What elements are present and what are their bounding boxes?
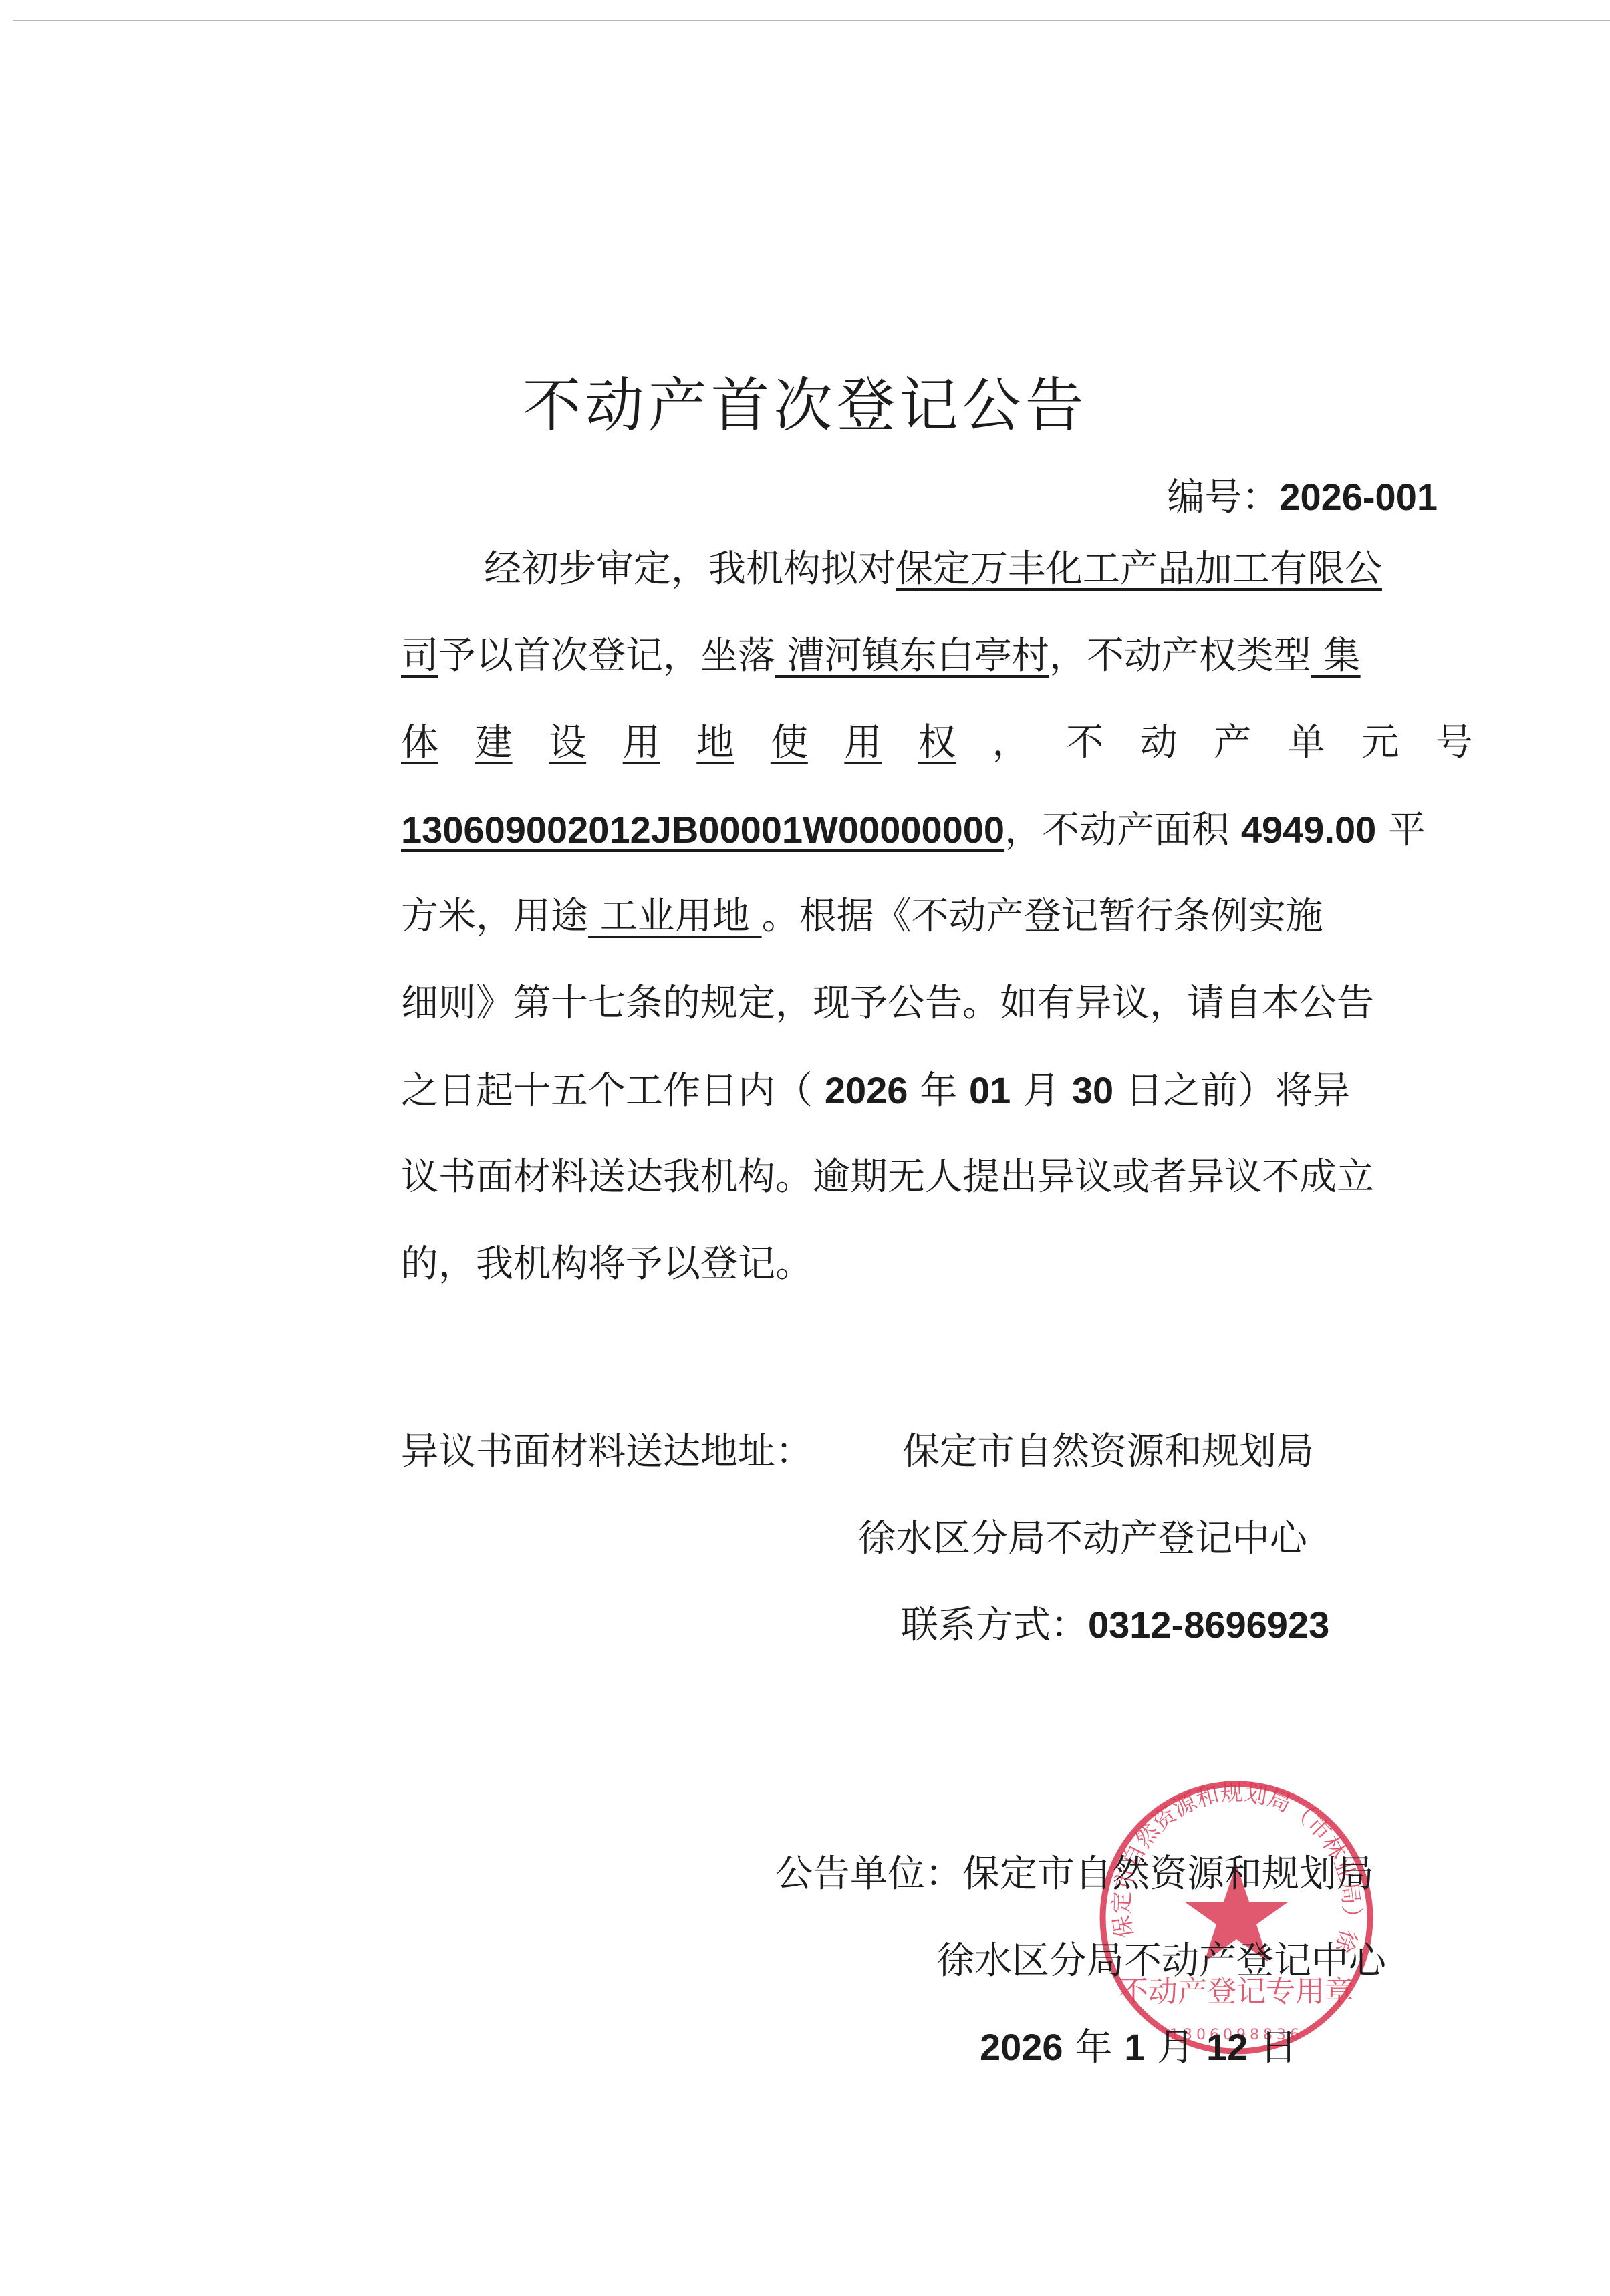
deadline-year: 2026	[825, 1069, 908, 1111]
applicant-name: 保定万丰化工产品加工有限公	[896, 547, 1382, 591]
issue-date-day: 12	[1206, 2026, 1248, 2068]
body-text: 月	[1011, 1069, 1072, 1113]
right-type-char: 权	[918, 716, 956, 770]
body-text: 议书面材料送达我机构。逾期无人提出异议或者异议不成立	[401, 1155, 1374, 1199]
body-text: 月	[1145, 2026, 1206, 2069]
document-number: 编号：2026-001	[1167, 468, 1438, 521]
body-line-7: 之日起十五个工作日内（ 2026 年 01 月 30 日之前）将异	[401, 1064, 1350, 1117]
body-text: 予以首次登记，坐落	[438, 634, 775, 678]
deadline-day: 30	[1072, 1069, 1113, 1111]
deadline-month: 01	[969, 1069, 1011, 1111]
body-line-3: 体 建 设 用 地 使 用 权 ， 不 动 产 单 元 号	[401, 716, 1473, 770]
right-type-char: 用	[844, 716, 882, 770]
body-text: ，不动产权类型	[1049, 634, 1311, 678]
body-text: ，不动产面积	[1004, 809, 1241, 852]
body-text: 单	[1288, 716, 1325, 770]
body-text: 年	[1063, 2026, 1125, 2069]
body-text: 日之前）将异	[1113, 1069, 1350, 1113]
objection-address-label: 异议书面材料送达地址：	[401, 1422, 813, 1475]
right-type: 集	[1311, 634, 1361, 678]
issue-date: 2026 年 1 月 12 日	[980, 2018, 1297, 2071]
issuing-unit: 公告单位：保定市自然资源和规划局	[775, 1844, 1374, 1898]
body-text: 方米，用途	[401, 895, 588, 938]
body-text: 年	[908, 1069, 969, 1113]
body-line-9: 的，我机构将予以登记。	[401, 1238, 813, 1291]
right-type-char: 体	[401, 716, 438, 770]
property-area: 4949.00	[1241, 809, 1376, 851]
body-text: 平	[1376, 809, 1426, 852]
body-text: 日	[1248, 2026, 1297, 2069]
property-usage: 工业用地	[588, 895, 762, 938]
issuing-unit-label: 公告单位：	[775, 1852, 962, 1896]
body-text: 。根据《不动产登记暂行条例实施	[762, 895, 1323, 938]
issue-date-month: 1	[1124, 2026, 1145, 2068]
contact-label: 联系方式：	[901, 1604, 1088, 1647]
body-text: 细则》第十七条的规定，现予公告。如有异议，请自本公告	[401, 982, 1374, 1025]
applicant-name-cont: 司	[401, 634, 438, 678]
body-line-8: 议书面材料送达我机构。逾期无人提出异议或者异议不成立	[401, 1151, 1374, 1204]
document-number-value: 2026-001	[1279, 476, 1438, 518]
body-text: 之日起十五个工作日内（	[401, 1069, 825, 1113]
body-text: 号	[1436, 716, 1473, 770]
body-text: 动	[1140, 716, 1178, 770]
property-unit-number: 130609002012JB00001W00000000	[401, 809, 1004, 851]
document-number-label: 编号：	[1167, 476, 1279, 519]
right-type-char: 建	[475, 716, 513, 770]
body-text: ，	[992, 716, 1030, 770]
body-text: 不	[1066, 716, 1103, 770]
seal-icon: 保定市自然资源和规划局（市林业局）徐水区分局 不动产登记专用章 13060988…	[1096, 1777, 1377, 2058]
contact-phone: 0312-8696923	[1088, 1604, 1329, 1646]
objection-address-line-2: 徐水区分局不动产登记中心	[858, 1509, 1307, 1562]
body-text: 元	[1361, 716, 1399, 770]
body-text: 经初步审定，我机构拟对	[484, 547, 896, 591]
body-line-5: 方米，用途 工业用地 。根据《不动产登记暂行条例实施	[401, 890, 1323, 944]
issue-date-year: 2026	[980, 2026, 1063, 2068]
right-type-char: 设	[549, 716, 586, 770]
scan-edge-line	[13, 20, 1610, 21]
document-title: 不动产首次登记公告	[0, 359, 1610, 443]
property-location: 漕河镇东白亭村	[775, 634, 1049, 678]
body-line-2: 司予以首次登记，坐落 漕河镇东白亭村，不动产权类型 集	[401, 629, 1361, 683]
body-text: 产	[1214, 716, 1251, 770]
right-type-char: 使	[771, 716, 808, 770]
body-line-4: 130609002012JB00001W00000000，不动产面积 4949.…	[401, 803, 1426, 857]
body-line-6: 细则》第十七条的规定，现予公告。如有异议，请自本公告	[401, 977, 1374, 1030]
body-line-1: 经初步审定，我机构拟对保定万丰化工产品加工有限公	[484, 543, 1382, 596]
official-seal: 保定市自然资源和规划局（市林业局）徐水区分局 不动产登记专用章 13060988…	[1096, 1777, 1377, 2058]
contact-info: 联系方式：0312-8696923	[901, 1596, 1329, 1649]
body-text: 的，我机构将予以登记。	[401, 1242, 813, 1286]
issuing-unit-line-2: 徐水区分局不动产登记中心	[937, 1931, 1386, 1985]
issuing-unit-line-1: 保定市自然资源和规划局	[962, 1852, 1374, 1896]
right-type-char: 用	[623, 716, 660, 770]
objection-address-line-1: 保定市自然资源和规划局	[902, 1422, 1314, 1475]
right-type-char: 地	[696, 716, 734, 770]
